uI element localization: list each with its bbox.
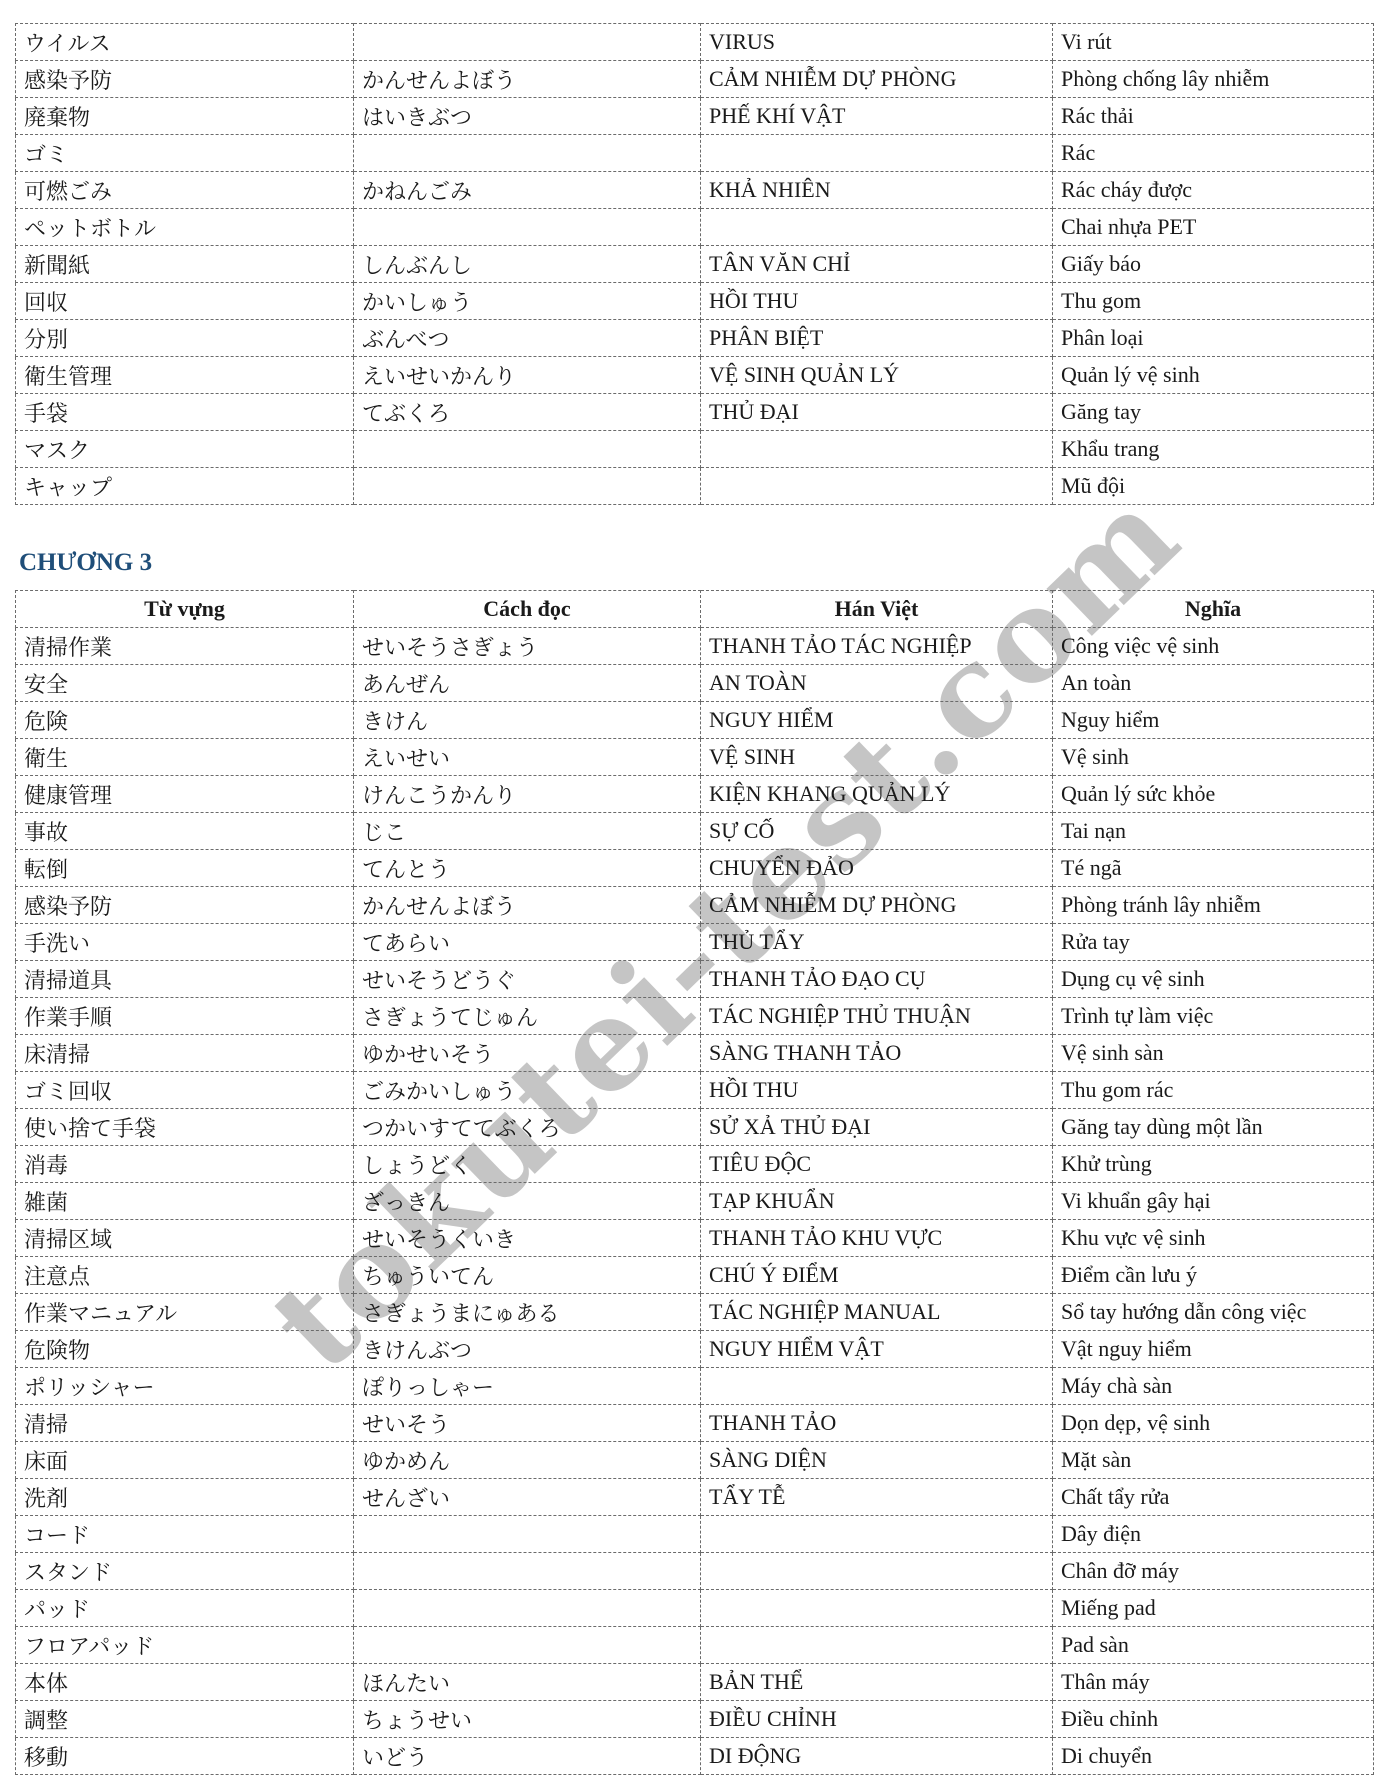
meaning-vi-cell: Quản lý vệ sinh (1053, 357, 1374, 394)
table-row: 清掃区域せいそうくいきTHANH TẢO KHU VỰCKhu vực vệ s… (16, 1220, 1374, 1257)
term-jp-cell: 雑菌 (16, 1183, 354, 1220)
meaning-vi-cell: Mặt sàn (1053, 1442, 1374, 1479)
han-viet-cell: PHÂN BIỆT (701, 320, 1053, 357)
term-jp-cell: 使い捨て手袋 (16, 1109, 354, 1146)
term-jp-cell: ポリッシャー (16, 1368, 354, 1405)
table-row: マスクKhẩu trang (16, 431, 1374, 468)
reading-kana-cell: しんぶんし (354, 246, 701, 283)
table-row: 洗剤せんざいTẨY TỄChất tẩy rửa (16, 1479, 1374, 1516)
term-jp-cell: 分別 (16, 320, 354, 357)
han-viet-cell (701, 468, 1053, 505)
term-jp-cell: 事故 (16, 813, 354, 850)
table-row: ゴミRác (16, 135, 1374, 172)
meaning-vi-cell: Dọn dẹp, vệ sinh (1053, 1405, 1374, 1442)
reading-kana-cell: けんこうかんり (354, 776, 701, 813)
term-jp-cell: 可燃ごみ (16, 172, 354, 209)
meaning-vi-cell: Nguy hiểm (1053, 702, 1374, 739)
reading-kana-cell: しょうどく (354, 1146, 701, 1183)
han-viet-cell: TẠP KHUẨN (701, 1183, 1053, 1220)
table-row: 雑菌ざっきんTẠP KHUẨNVi khuẩn gây hại (16, 1183, 1374, 1220)
reading-kana-cell: ちゅういてん (354, 1257, 701, 1294)
han-viet-cell (701, 209, 1053, 246)
meaning-vi-cell: Thu gom rác (1053, 1072, 1374, 1109)
table-row: 回収かいしゅうHỒI THUThu gom (16, 283, 1374, 320)
vocab-table-chapter-3-body: 清掃作業せいそうさぎょうTHANH TẢO TÁC NGHIỆPCông việ… (16, 628, 1374, 1775)
han-viet-cell: DI ĐỘNG (701, 1738, 1053, 1775)
reading-kana-cell: かんせんよぼう (354, 887, 701, 924)
meaning-vi-cell: Vệ sinh sàn (1053, 1035, 1374, 1072)
meaning-vi-cell: Phân loại (1053, 320, 1374, 357)
term-jp-cell: パッド (16, 1590, 354, 1627)
table-row: ウイルスVIRUSVi rút (16, 24, 1374, 61)
han-viet-cell: CẢM NHIỄM DỰ PHÒNG (701, 61, 1053, 98)
term-jp-cell: 感染予防 (16, 61, 354, 98)
table-row: 危険きけんNGUY HIỂMNguy hiểm (16, 702, 1374, 739)
table-row: 感染予防かんせんよぼうCẢM NHIỄM DỰ PHÒNGPhòng tránh… (16, 887, 1374, 924)
table-row: 安全あんぜんAN TOÀNAn toàn (16, 665, 1374, 702)
meaning-vi-cell: Té ngã (1053, 850, 1374, 887)
han-viet-cell: THANH TẢO TÁC NGHIỆP (701, 628, 1053, 665)
reading-kana-cell (354, 431, 701, 468)
reading-kana-cell (354, 135, 701, 172)
han-viet-cell: TÁC NGHIỆP MANUAL (701, 1294, 1053, 1331)
reading-kana-cell: せいそうさぎょう (354, 628, 701, 665)
han-viet-cell: TIÊU ĐỘC (701, 1146, 1053, 1183)
table-row: 清掃作業せいそうさぎょうTHANH TẢO TÁC NGHIỆPCông việ… (16, 628, 1374, 665)
reading-kana-cell: せいそうどうぐ (354, 961, 701, 998)
term-jp-cell: 洗剤 (16, 1479, 354, 1516)
meaning-vi-cell: Quản lý sức khỏe (1053, 776, 1374, 813)
meaning-vi-cell: Dụng cụ vệ sinh (1053, 961, 1374, 998)
term-jp-cell: 清掃道具 (16, 961, 354, 998)
term-jp-cell: ゴミ (16, 135, 354, 172)
meaning-vi-cell: Rửa tay (1053, 924, 1374, 961)
term-jp-cell: 床面 (16, 1442, 354, 1479)
table-row: コードDây điện (16, 1516, 1374, 1553)
reading-kana-cell: さぎょうてじゅん (354, 998, 701, 1035)
term-jp-cell: ペットボトル (16, 209, 354, 246)
meaning-vi-cell: Găng tay (1053, 394, 1374, 431)
han-viet-cell: HỒI THU (701, 283, 1053, 320)
table-row: 注意点ちゅういてんCHÚ Ý ĐIỂMĐiểm cần lưu ý (16, 1257, 1374, 1294)
term-jp-cell: 調整 (16, 1701, 354, 1738)
han-viet-cell: SÀNG DIỆN (701, 1442, 1053, 1479)
chapter-heading: CHƯƠNG 3 (19, 548, 1383, 577)
table-row: 衛生えいせいVỆ SINHVệ sinh (16, 739, 1374, 776)
han-viet-cell: HỒI THU (701, 1072, 1053, 1109)
reading-kana-cell: えいせい (354, 739, 701, 776)
han-viet-cell: VỆ SINH (701, 739, 1053, 776)
term-jp-cell: 転倒 (16, 850, 354, 887)
table-row: 事故じこSỰ CỐTai nạn (16, 813, 1374, 850)
term-jp-cell: フロアパッド (16, 1627, 354, 1664)
han-viet-cell: CẢM NHIỄM DỰ PHÒNG (701, 887, 1053, 924)
vocab-table-chapter-3-head: Từ vựng Cách đọc Hán Việt Nghĩa (16, 591, 1374, 628)
han-viet-cell: THỦ ĐẠI (701, 394, 1053, 431)
han-viet-cell: KHẢ NHIÊN (701, 172, 1053, 209)
han-viet-cell: THỦ TẨY (701, 924, 1053, 961)
term-jp-cell: ウイルス (16, 24, 354, 61)
table-row: ポリッシャーぽりっしゃーMáy chà sàn (16, 1368, 1374, 1405)
reading-kana-cell: ちょうせい (354, 1701, 701, 1738)
term-jp-cell: マスク (16, 431, 354, 468)
table-row: ゴミ回収ごみかいしゅうHỒI THUThu gom rác (16, 1072, 1374, 1109)
reading-kana-cell: ほんたい (354, 1664, 701, 1701)
meaning-vi-cell: Chân đỡ máy (1053, 1553, 1374, 1590)
table-row: 本体ほんたいBẢN THỂThân máy (16, 1664, 1374, 1701)
han-viet-cell: CHÚ Ý ĐIỂM (701, 1257, 1053, 1294)
table-row: 使い捨て手袋つかいすててぶくろSỬ XẢ THỦ ĐẠIGăng tay dùn… (16, 1109, 1374, 1146)
meaning-vi-cell: Dây điện (1053, 1516, 1374, 1553)
meaning-vi-cell: Chai nhựa PET (1053, 209, 1374, 246)
term-jp-cell: 衛生 (16, 739, 354, 776)
han-viet-cell: NGUY HIỂM (701, 702, 1053, 739)
han-viet-cell: SỬ XẢ THỦ ĐẠI (701, 1109, 1053, 1146)
meaning-vi-cell: Điểm cần lưu ý (1053, 1257, 1374, 1294)
han-viet-cell: VỆ SINH QUẢN LÝ (701, 357, 1053, 394)
term-jp-cell: 危険物 (16, 1331, 354, 1368)
term-jp-cell: 危険 (16, 702, 354, 739)
meaning-vi-cell: An toàn (1053, 665, 1374, 702)
reading-kana-cell: えいせいかんり (354, 357, 701, 394)
meaning-vi-cell: Phòng chống lây nhiễm (1053, 61, 1374, 98)
table-row: 転倒てんとうCHUYỂN ĐẢOTé ngã (16, 850, 1374, 887)
han-viet-cell: KIỆN KHANG QUẢN LÝ (701, 776, 1053, 813)
meaning-vi-cell: Mũ đội (1053, 468, 1374, 505)
term-jp-cell: 移動 (16, 1738, 354, 1775)
reading-kana-cell: せいそう (354, 1405, 701, 1442)
reading-kana-cell: ゆかせいそう (354, 1035, 701, 1072)
vocabulary-document-page: tokutei-test.com ウイルスVIRUSVi rút感染予防かんせん… (0, 0, 1383, 1778)
reading-kana-cell: きけんぶつ (354, 1331, 701, 1368)
header-row: Từ vựng Cách đọc Hán Việt Nghĩa (16, 591, 1374, 628)
term-jp-cell: 清掃 (16, 1405, 354, 1442)
reading-kana-cell (354, 1590, 701, 1627)
reading-kana-cell (354, 209, 701, 246)
reading-kana-cell: きけん (354, 702, 701, 739)
meaning-vi-cell: Khẩu trang (1053, 431, 1374, 468)
han-viet-cell: THANH TẢO KHU VỰC (701, 1220, 1053, 1257)
meaning-vi-cell: Vi rút (1053, 24, 1374, 61)
table-row: 手洗いてあらいTHỦ TẨYRửa tay (16, 924, 1374, 961)
table-row: 作業マニュアルさぎょうまにゅあるTÁC NGHIỆP MANUALSổ tay … (16, 1294, 1374, 1331)
han-viet-cell: ĐIỀU CHỈNH (701, 1701, 1053, 1738)
table-row: 床面ゆかめんSÀNG DIỆNMặt sàn (16, 1442, 1374, 1479)
han-viet-cell: SÀNG THANH TẢO (701, 1035, 1053, 1072)
reading-kana-cell (354, 1553, 701, 1590)
reading-kana-cell (354, 1516, 701, 1553)
meaning-vi-cell: Rác thải (1053, 98, 1374, 135)
reading-kana-cell (354, 1627, 701, 1664)
term-jp-cell: 清掃作業 (16, 628, 354, 665)
reading-kana-cell: じこ (354, 813, 701, 850)
meaning-vi-cell: Phòng tránh lây nhiễm (1053, 887, 1374, 924)
table-row: 可燃ごみかねんごみKHẢ NHIÊNRác cháy được (16, 172, 1374, 209)
meaning-vi-cell: Thu gom (1053, 283, 1374, 320)
table-row: パッドMiếng pad (16, 1590, 1374, 1627)
table-row: キャップMũ đội (16, 468, 1374, 505)
reading-kana-cell: せいそうくいき (354, 1220, 701, 1257)
header-han-viet: Hán Việt (701, 591, 1053, 628)
meaning-vi-cell: Máy chà sàn (1053, 1368, 1374, 1405)
meaning-vi-cell: Vệ sinh (1053, 739, 1374, 776)
table-row: 消毒しょうどくTIÊU ĐỘCKhử trùng (16, 1146, 1374, 1183)
table-row: 廃棄物はいきぶつPHẾ KHÍ VẬTRác thải (16, 98, 1374, 135)
reading-kana-cell: ゆかめん (354, 1442, 701, 1479)
han-viet-cell: BẢN THỂ (701, 1664, 1053, 1701)
reading-kana-cell: ごみかいしゅう (354, 1072, 701, 1109)
han-viet-cell (701, 135, 1053, 172)
han-viet-cell (701, 1516, 1053, 1553)
meaning-vi-cell: Rác cháy được (1053, 172, 1374, 209)
header-nghia: Nghĩa (1053, 591, 1374, 628)
reading-kana-cell: はいきぶつ (354, 98, 701, 135)
han-viet-cell: TÂN VĂN CHỈ (701, 246, 1053, 283)
table-row: 清掃せいそうTHANH TẢODọn dẹp, vệ sinh (16, 1405, 1374, 1442)
term-jp-cell: 消毒 (16, 1146, 354, 1183)
han-viet-cell: VIRUS (701, 24, 1053, 61)
meaning-vi-cell: Sổ tay hướng dẫn công việc (1053, 1294, 1374, 1331)
term-jp-cell: ゴミ回収 (16, 1072, 354, 1109)
reading-kana-cell: せんざい (354, 1479, 701, 1516)
vocab-table-continued: ウイルスVIRUSVi rút感染予防かんせんよぼうCẢM NHIỄM DỰ P… (15, 23, 1374, 505)
han-viet-cell: SỰ CỐ (701, 813, 1053, 850)
meaning-vi-cell: Găng tay dùng một lần (1053, 1109, 1374, 1146)
meaning-vi-cell: Chất tẩy rửa (1053, 1479, 1374, 1516)
han-viet-cell: TÁC NGHIỆP THỦ THUẬN (701, 998, 1053, 1035)
term-jp-cell: 衛生管理 (16, 357, 354, 394)
han-viet-cell: CHUYỂN ĐẢO (701, 850, 1053, 887)
han-viet-cell: THANH TẢO (701, 1405, 1053, 1442)
reading-kana-cell: ぶんべつ (354, 320, 701, 357)
term-jp-cell: 回収 (16, 283, 354, 320)
reading-kana-cell: てぶくろ (354, 394, 701, 431)
term-jp-cell: 感染予防 (16, 887, 354, 924)
term-jp-cell: 作業手順 (16, 998, 354, 1035)
meaning-vi-cell: Vật nguy hiểm (1053, 1331, 1374, 1368)
term-jp-cell: 本体 (16, 1664, 354, 1701)
table-row: 移動いどうDI ĐỘNGDi chuyển (16, 1738, 1374, 1775)
meaning-vi-cell: Rác (1053, 135, 1374, 172)
table-row: 新聞紙しんぶんしTÂN VĂN CHỈGiấy báo (16, 246, 1374, 283)
table-row: ペットボトルChai nhựa PET (16, 209, 1374, 246)
han-viet-cell (701, 1627, 1053, 1664)
vocab-table-continued-body: ウイルスVIRUSVi rút感染予防かんせんよぼうCẢM NHIỄM DỰ P… (16, 24, 1374, 505)
reading-kana-cell: いどう (354, 1738, 701, 1775)
meaning-vi-cell: Vi khuẩn gây hại (1053, 1183, 1374, 1220)
meaning-vi-cell: Pad sàn (1053, 1627, 1374, 1664)
han-viet-cell (701, 1368, 1053, 1405)
term-jp-cell: 手洗い (16, 924, 354, 961)
han-viet-cell: NGUY HIỂM VẬT (701, 1331, 1053, 1368)
meaning-vi-cell: Thân máy (1053, 1664, 1374, 1701)
reading-kana-cell (354, 24, 701, 61)
term-jp-cell: 新聞紙 (16, 246, 354, 283)
han-viet-cell: TẨY TỄ (701, 1479, 1053, 1516)
han-viet-cell (701, 1590, 1053, 1627)
meaning-vi-cell: Miếng pad (1053, 1590, 1374, 1627)
table-row: 手袋てぶくろTHỦ ĐẠIGăng tay (16, 394, 1374, 431)
reading-kana-cell: あんぜん (354, 665, 701, 702)
table-row: 床清掃ゆかせいそうSÀNG THANH TẢOVệ sinh sàn (16, 1035, 1374, 1072)
table-row: フロアパッドPad sàn (16, 1627, 1374, 1664)
term-jp-cell: 健康管理 (16, 776, 354, 813)
han-viet-cell: THANH TẢO ĐẠO CỤ (701, 961, 1053, 998)
reading-kana-cell: てんとう (354, 850, 701, 887)
table-row: 健康管理けんこうかんりKIỆN KHANG QUẢN LÝQuản lý sức… (16, 776, 1374, 813)
table-row: 作業手順さぎょうてじゅんTÁC NGHIỆP THỦ THUẬNTrình tự… (16, 998, 1374, 1035)
term-jp-cell: キャップ (16, 468, 354, 505)
han-viet-cell: PHẾ KHÍ VẬT (701, 98, 1053, 135)
term-jp-cell: 安全 (16, 665, 354, 702)
meaning-vi-cell: Di chuyển (1053, 1738, 1374, 1775)
meaning-vi-cell: Khử trùng (1053, 1146, 1374, 1183)
term-jp-cell: 廃棄物 (16, 98, 354, 135)
reading-kana-cell: かんせんよぼう (354, 61, 701, 98)
table-row: スタンドChân đỡ máy (16, 1553, 1374, 1590)
table-row: 清掃道具せいそうどうぐTHANH TẢO ĐẠO CỤDụng cụ vệ si… (16, 961, 1374, 998)
meaning-vi-cell: Tai nạn (1053, 813, 1374, 850)
meaning-vi-cell: Trình tự làm việc (1053, 998, 1374, 1035)
meaning-vi-cell: Khu vực vệ sinh (1053, 1220, 1374, 1257)
term-jp-cell: 床清掃 (16, 1035, 354, 1072)
term-jp-cell: スタンド (16, 1553, 354, 1590)
reading-kana-cell: つかいすててぶくろ (354, 1109, 701, 1146)
han-viet-cell: AN TOÀN (701, 665, 1053, 702)
term-jp-cell: 手袋 (16, 394, 354, 431)
reading-kana-cell: かねんごみ (354, 172, 701, 209)
term-jp-cell: コード (16, 1516, 354, 1553)
reading-kana-cell: さぎょうまにゅある (354, 1294, 701, 1331)
meaning-vi-cell: Công việc vệ sinh (1053, 628, 1374, 665)
vocab-table-chapter-3: Từ vựng Cách đọc Hán Việt Nghĩa 清掃作業せいそう… (15, 590, 1374, 1775)
han-viet-cell (701, 431, 1053, 468)
reading-kana-cell: ざっきん (354, 1183, 701, 1220)
meaning-vi-cell: Giấy báo (1053, 246, 1374, 283)
table-row: 危険物きけんぶつNGUY HIỂM VẬTVật nguy hiểm (16, 1331, 1374, 1368)
term-jp-cell: 作業マニュアル (16, 1294, 354, 1331)
header-cach-doc: Cách đọc (354, 591, 701, 628)
term-jp-cell: 注意点 (16, 1257, 354, 1294)
term-jp-cell: 清掃区域 (16, 1220, 354, 1257)
han-viet-cell (701, 1553, 1053, 1590)
table-row: 感染予防かんせんよぼうCẢM NHIỄM DỰ PHÒNGPhòng chống… (16, 61, 1374, 98)
table-row: 調整ちょうせいĐIỀU CHỈNHĐiều chỉnh (16, 1701, 1374, 1738)
meaning-vi-cell: Điều chỉnh (1053, 1701, 1374, 1738)
header-tu-vung: Từ vựng (16, 591, 354, 628)
reading-kana-cell: かいしゅう (354, 283, 701, 320)
table-row: 分別ぶんべつPHÂN BIỆTPhân loại (16, 320, 1374, 357)
reading-kana-cell: ぽりっしゃー (354, 1368, 701, 1405)
reading-kana-cell (354, 468, 701, 505)
table-row: 衛生管理えいせいかんりVỆ SINH QUẢN LÝQuản lý vệ sin… (16, 357, 1374, 394)
reading-kana-cell: てあらい (354, 924, 701, 961)
